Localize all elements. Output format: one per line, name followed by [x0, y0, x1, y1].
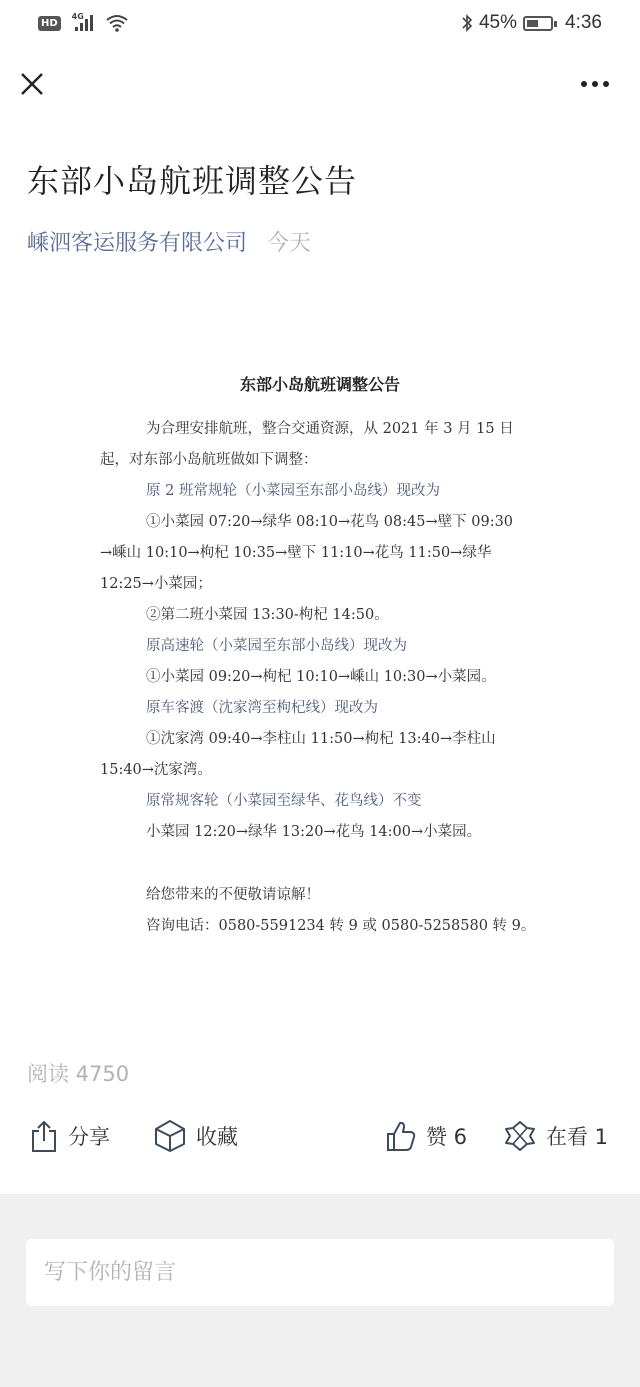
author-link[interactable]: 嵊泗客运服务有限公司 [27, 226, 247, 257]
battery-icon [523, 16, 553, 31]
nav-bar [0, 58, 640, 108]
publish-date: 今天 [267, 226, 311, 257]
network-type: 4G [72, 12, 84, 21]
share-label: 分享 [68, 1121, 110, 1151]
close-button[interactable] [16, 68, 48, 100]
share-button[interactable]: 分享 [30, 1114, 110, 1158]
notice-line: 咨询电话：0580-5591234 转 9 或 0580-5258580 转 9… [100, 911, 540, 942]
notice-line: →嵊山 10:10→枸杞 10:35→壁下 11:10→花鸟 11:50→绿华 [100, 538, 540, 569]
like-button[interactable]: 赞 6 [386, 1114, 467, 1158]
more-icon-dot [603, 81, 609, 87]
share-icon [30, 1119, 58, 1153]
comment-input[interactable] [26, 1239, 614, 1306]
read-count: 阅读 4750 [27, 1058, 129, 1088]
more-icon-dot [581, 81, 587, 87]
wow-star-icon [504, 1120, 536, 1152]
like-label: 赞 6 [426, 1121, 467, 1151]
status-bar: HD 4G 45% 4:36 [0, 0, 640, 46]
notice-line: 原 2 班常规轮（小菜园至东部小岛线）现改为 [100, 476, 540, 507]
close-icon [16, 68, 48, 100]
notice-line: 12:25→小菜园； [100, 569, 540, 600]
favorite-button[interactable]: 收藏 [154, 1114, 238, 1158]
wow-button[interactable]: 在看 1 [504, 1114, 608, 1158]
notice-line: 给您带来的不便敬请谅解！ [100, 880, 540, 911]
thumbs-up-icon [386, 1120, 416, 1152]
cellular-signal-icon: 4G [75, 15, 93, 31]
cube-icon [154, 1119, 186, 1153]
notice-image[interactable]: 东部小岛航班调整公告 为合理安排航班，整合交通资源，从 2021 年 3 月 1… [100, 372, 540, 942]
notice-line: ①沈家湾 09:40→李柱山 11:50→枸杞 13:40→李柱山 [100, 724, 540, 755]
article-title: 东部小岛航班调整公告 [27, 156, 357, 202]
notice-line: 原常规客轮（小菜园至绿华、花鸟线）不变 [100, 786, 540, 817]
bluetooth-icon [461, 13, 473, 33]
notice-line: 15:40→沈家湾。 [100, 755, 540, 786]
wow-label: 在看 1 [546, 1121, 608, 1151]
notice-line: ①小菜园 07:20→绿华 08:10→花鸟 08:45→壁下 09:30 [100, 507, 540, 538]
more-icon-dot [592, 81, 598, 87]
article-meta: 嵊泗客运服务有限公司 今天 [27, 226, 311, 257]
clock: 4:36 [565, 12, 602, 34]
status-left: HD 4G [38, 14, 129, 32]
hd-badge: HD [38, 16, 61, 31]
notice-line: ②第二班小菜园 13:30-枸杞 14:50。 [100, 600, 540, 631]
comment-area [0, 1194, 640, 1387]
status-right: 45% 4:36 [461, 12, 602, 34]
notice-line: 原高速轮（小菜园至东部小岛线）现改为 [100, 631, 540, 662]
more-button[interactable] [578, 74, 612, 94]
notice-line: 原车客渡（沈家湾至枸杞线）现改为 [100, 693, 540, 724]
wifi-icon [105, 14, 129, 32]
notice-line: ①小菜园 09:20→枸杞 10:10→嵊山 10:30→小菜园。 [100, 662, 540, 693]
notice-line: 起，对东部小岛航班做如下调整： [100, 445, 540, 476]
notice-title: 东部小岛航班调整公告 [100, 372, 540, 402]
action-bar: 分享 收藏 赞 6 在看 1 [0, 1114, 640, 1158]
notice-line: 小菜园 12:20→绿华 13:20→花鸟 14:00→小菜园。 [100, 817, 540, 848]
notice-line: 为合理安排航班，整合交通资源，从 2021 年 3 月 15 日 [100, 414, 540, 445]
favorite-label: 收藏 [196, 1121, 238, 1151]
battery-percent: 45% [479, 12, 517, 34]
